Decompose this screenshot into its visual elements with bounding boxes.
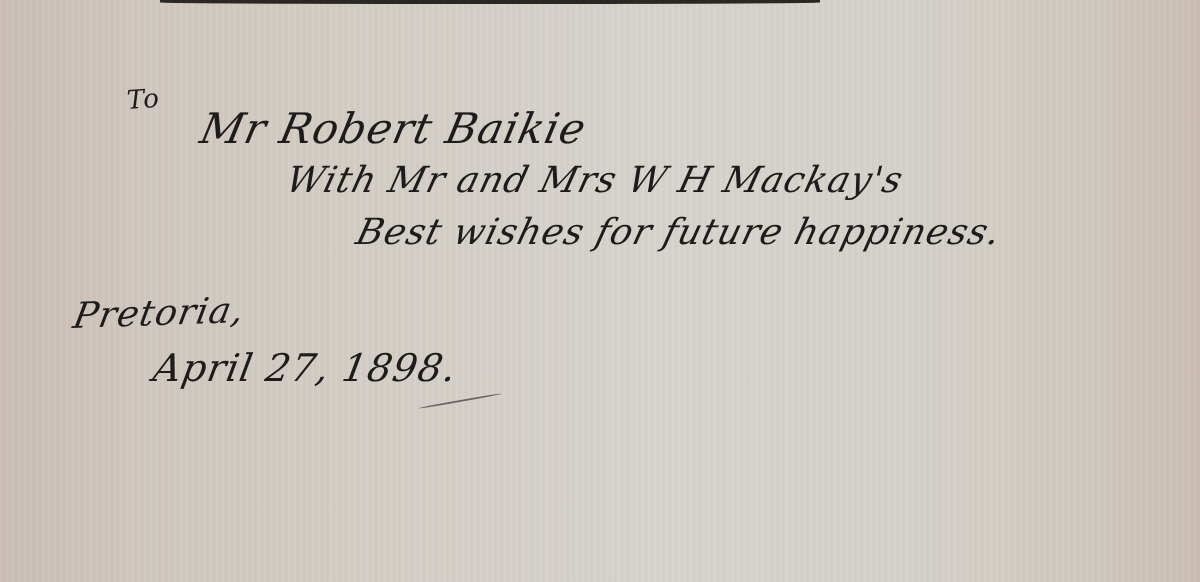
wishes-text: Best wishes for future happiness.: [352, 212, 1005, 253]
paper-texture: [0, 0, 1200, 582]
date-text: April 27, 1898.: [150, 346, 460, 390]
sender-text: With Mr and Mrs W H Mackay's: [282, 160, 908, 201]
place-text: Pretoria,: [70, 290, 248, 337]
page-top-edge-shadow: [160, 0, 820, 4]
recipient-text: Mr Robert Baikie: [196, 104, 591, 153]
salutation-text: To: [126, 84, 161, 116]
date-underline-stroke: [418, 393, 501, 410]
